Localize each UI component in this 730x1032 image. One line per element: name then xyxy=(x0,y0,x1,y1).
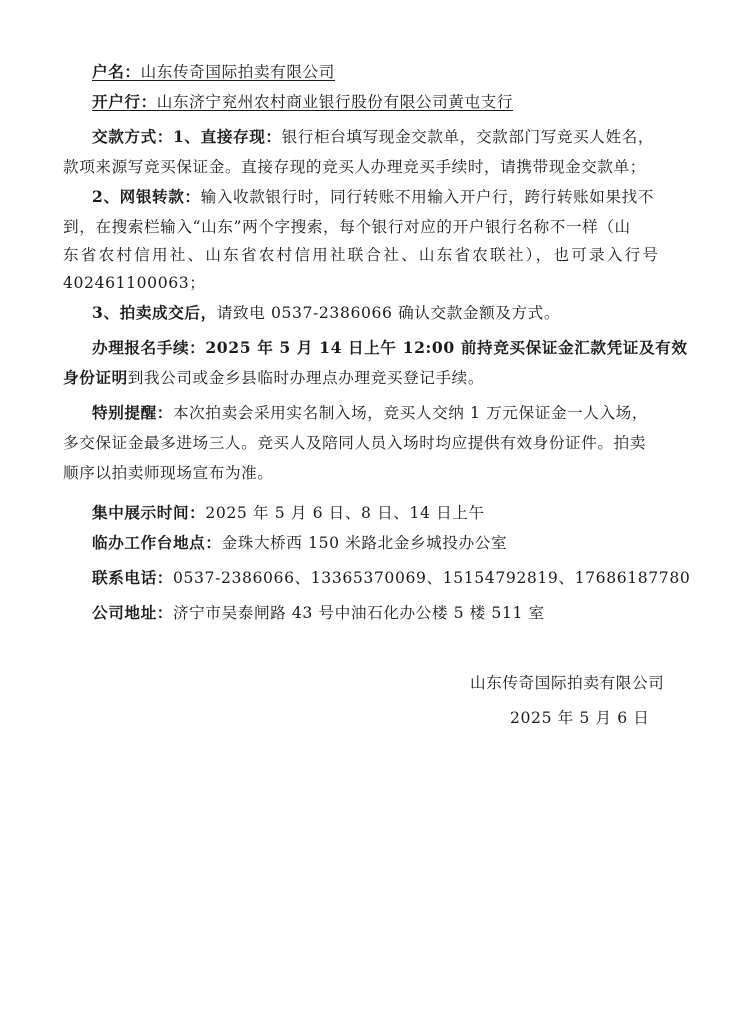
registration-label: 办理报名手续： xyxy=(92,338,205,357)
account-name-line: 户名：山东传奇国际拍卖有限公司 xyxy=(92,57,675,87)
info-value: 2025 年 5 月 6 日、8 日、14 日上午 xyxy=(205,504,484,522)
info-phone: 联系电话：0537-2386066、13365370069、1515479281… xyxy=(92,563,675,593)
info-office-location: 临办工作台地点：金珠大桥西 150 米路北金乡城投办公室 xyxy=(92,528,675,558)
bank-line: 开户行：山东济宁兖州农村商业银行股份有限公司黄屯支行 xyxy=(92,87,675,117)
payment-method2-title: 2、网银转款： xyxy=(92,187,201,206)
notice-text1: 本次拍卖会采用实名制入场，竞买人交纳 1 万元保证金一人入场， xyxy=(173,404,648,422)
bank-label: 开户行： xyxy=(92,92,157,111)
info-value: 济宁市吴泰闸路 43 号中油石化办公楼 5 楼 511 室 xyxy=(173,604,545,622)
payment-label: 交款方式： xyxy=(92,127,173,146)
payment-method2-line1: 2、网银转款：输入收款银行时，同行转账不用输入开户行，跨行转账如果找不 xyxy=(92,182,675,212)
signature-company: 山东传奇国际拍卖有限公司 xyxy=(470,668,664,698)
info-value: 0537-2386066、13365370069、15154792819、176… xyxy=(173,569,690,587)
document-page: 户名：山东传奇国际拍卖有限公司 开户行：山东济宁兖州农村商业银行股份有限公司黄屯… xyxy=(0,0,730,1032)
registration-line1: 办理报名手续：2025 年 5 月 14 日上午 12:00 前持竞买保证金汇款… xyxy=(92,333,675,363)
payment-method2-line2: 到，在搜索栏输入“山东”两个字搜索，每个银行对应的开户银行名称不一样（山 xyxy=(63,212,675,242)
signature-date: 2025 年 5 月 6 日 xyxy=(510,703,650,733)
payment-method1-line1: 交款方式：1、直接存现：银行柜台填写现金交款单，交款部门写竞买人姓名， xyxy=(92,122,675,152)
info-display-time: 集中展示时间：2025 年 5 月 6 日、8 日、14 日上午 xyxy=(92,498,675,528)
bank-value: 山东济宁兖州农村商业银行股份有限公司黄屯支行 xyxy=(157,93,513,111)
info-label: 公司地址： xyxy=(92,603,173,622)
registration-line2-bold: 身份证明 xyxy=(63,368,128,387)
notice-line3: 顺序以拍卖师现场宣布为准。 xyxy=(63,458,675,488)
payment-method3-text: 请致电 0537-2386066 确认交款金额及方式。 xyxy=(217,304,560,322)
account-name-label: 户名： xyxy=(92,62,141,81)
payment-method2-text1: 输入收款银行时，同行转账不用输入开户行，跨行转账如果找不 xyxy=(201,188,654,206)
notice-line1: 特别提醒：本次拍卖会采用实名制入场，竞买人交纳 1 万元保证金一人入场， xyxy=(92,398,675,428)
payment-method1-text1: 银行柜台填写现金交款单，交款部门写竞买人姓名， xyxy=(282,128,654,146)
payment-method2-line4: 402461100063； xyxy=(63,268,675,298)
payment-method3-line: 3、拍卖成交后，请致电 0537-2386066 确认交款金额及方式。 xyxy=(92,298,675,328)
info-address: 公司地址：济宁市吴泰闸路 43 号中油石化办公楼 5 楼 511 室 xyxy=(92,598,675,628)
payment-method1-title: 1、直接存现： xyxy=(173,127,282,146)
payment-method3-title: 3、拍卖成交后， xyxy=(92,303,217,322)
info-label: 集中展示时间： xyxy=(92,503,205,522)
notice-label: 特别提醒： xyxy=(92,403,173,422)
payment-method2-line3: 东省农村信用社、山东省农村信用社联合社、山东省农联社），也可录入行号 xyxy=(63,240,675,270)
info-label: 临办工作台地点： xyxy=(92,533,222,552)
info-label: 联系电话： xyxy=(92,568,173,587)
registration-bold-text: 2025 年 5 月 14 日上午 12:00 前持竞买保证金汇款凭证及有效 xyxy=(205,338,687,357)
info-value: 金珠大桥西 150 米路北金乡城投办公室 xyxy=(222,534,508,552)
notice-line2: 多交保证金最多进场三人。竞买人及陪同人员入场时均应提供有效身份证件。拍卖 xyxy=(63,428,675,458)
registration-line2: 身份证明到我公司或金乡县临时办理点办理竞买登记手续。 xyxy=(63,363,675,393)
registration-line2-text: 到我公司或金乡县临时办理点办理竞买登记手续。 xyxy=(128,369,484,387)
account-name-value: 山东传奇国际拍卖有限公司 xyxy=(141,63,335,81)
payment-method1-line2: 款项来源写竞买保证金。直接存现的竞买人办理竞买手续时，请携带现金交款单； xyxy=(63,152,675,182)
